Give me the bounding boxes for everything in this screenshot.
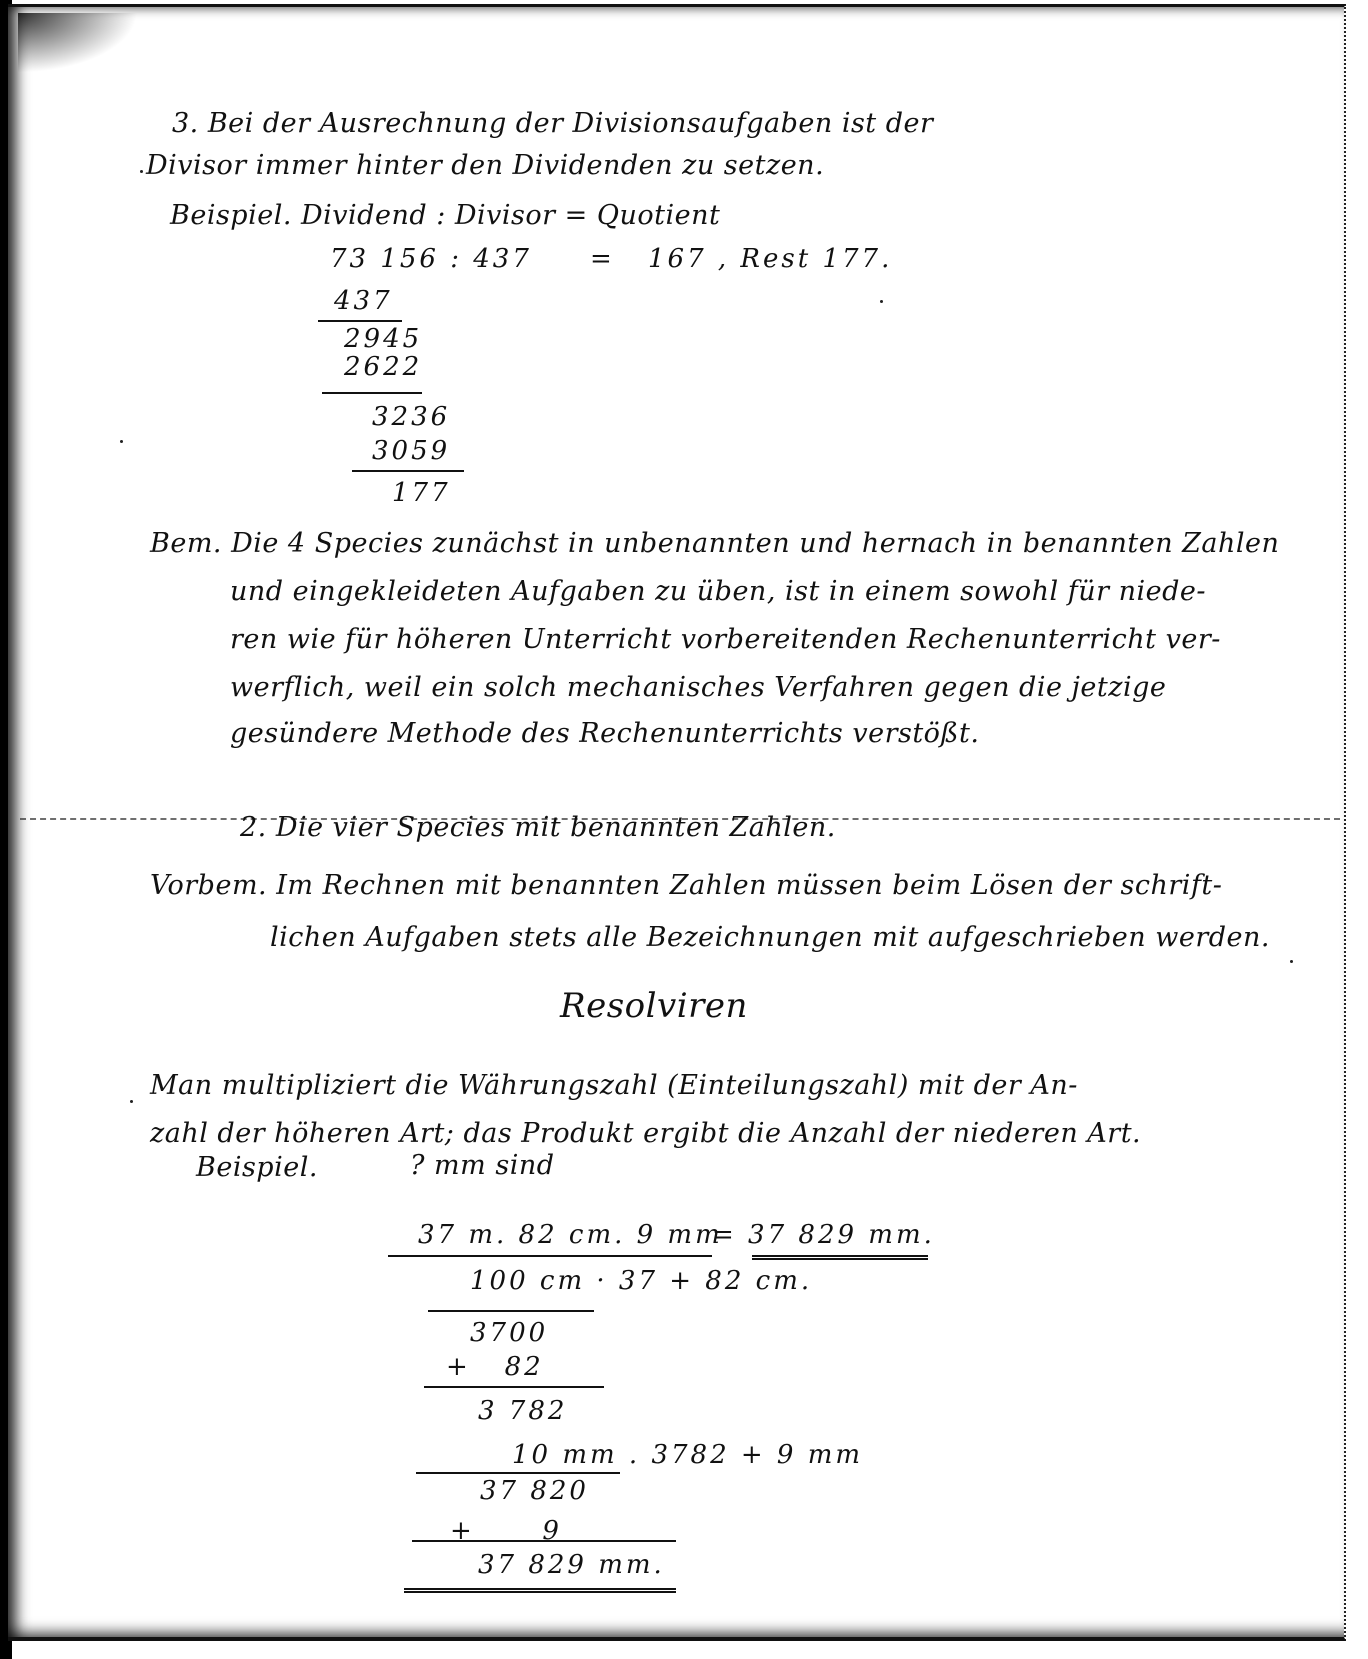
division-step-4: 3236 [372, 402, 450, 432]
division-remainder: 177 [392, 478, 451, 508]
calc-rule-sum1 [424, 1386, 604, 1388]
calc-sum1: 3 782 [478, 1396, 567, 1426]
resolving-example-label: Beispiel. [196, 1152, 318, 1183]
remark-line-1: Bem. Die 4 Species zunächst in unbenannt… [150, 528, 1279, 559]
calc-rule-step2 [416, 1472, 620, 1474]
resolving-heading: Resolviren [560, 986, 748, 1026]
resolving-question: ? mm sind [410, 1150, 555, 1181]
division-step-1: 437 [334, 286, 393, 316]
scan-speck [880, 300, 883, 303]
section3-line1: 3. Bei der Ausrechnung der Divisionsaufg… [172, 108, 933, 139]
calc-rule-given [388, 1255, 712, 1257]
division-rule-2 [322, 392, 422, 394]
division-equals: = [590, 244, 615, 274]
remark-line-5: gesündere Methode des Rechenunterrichts … [230, 718, 979, 749]
section3-line2: Divisor immer hinter den Dividenden zu s… [146, 150, 824, 181]
prelim-line-1: Vorbem. Im Rechnen mit benannten Zahlen … [150, 870, 1222, 901]
corner-stain [18, 13, 138, 73]
division-step-5: 3059 [372, 436, 450, 466]
calc-rule-sum2 [412, 1540, 676, 1542]
calc-result-underline [404, 1588, 676, 1593]
scan-speck [120, 440, 123, 443]
calc-step1: 100 cm · 37 + 82 cm. [470, 1266, 812, 1296]
calc-prod2: 37 820 [480, 1476, 589, 1506]
division-equation-right: 167 , Rest 177. [648, 244, 892, 274]
calc-add1-b: + 82 [446, 1352, 544, 1382]
calc-result: 37 829 mm. [478, 1550, 665, 1580]
division-step-2: 2945 [344, 324, 422, 354]
calc-given: 37 m. 82 cm. 9 mm [418, 1220, 723, 1250]
division-rule-1 [318, 320, 402, 322]
calc-add1-a: 3700 [470, 1318, 548, 1348]
scan-speck [140, 170, 143, 173]
division-example-label: Beispiel. Dividend : Divisor = Quotient [170, 200, 720, 231]
calc-answer: = 37 829 mm. [712, 1220, 935, 1250]
division-rule-3 [352, 470, 464, 472]
resolving-rule-line-2: zahl der höheren Art; das Produkt ergibt… [150, 1118, 1141, 1149]
calc-rule-step1 [428, 1310, 594, 1312]
section2-heading: 2. Die vier Species mit benannten Zahlen… [240, 812, 836, 843]
remark-line-4: werflich, weil ein solch mechanisches Ve… [230, 672, 1166, 703]
division-equation-left: 73 156 : 437 [330, 244, 532, 274]
division-step-3: 2622 [344, 352, 422, 382]
prelim-line-2: lichen Aufgaben stets alle Bezeichnungen… [270, 922, 1270, 953]
calc-answer-underline [752, 1255, 928, 1260]
scan-speck [130, 1100, 133, 1103]
remark-line-2: und eingekleideten Aufgaben zu üben, ist… [230, 576, 1206, 607]
scan-speck [1290, 960, 1293, 963]
resolving-rule-line-1: Man multipliziert die Währungszahl (Eint… [150, 1070, 1078, 1101]
calc-step2: 10 mm . 3782 + 9 mm [512, 1440, 863, 1470]
remark-line-3: ren wie für höheren Unterricht vorbereit… [230, 624, 1221, 655]
